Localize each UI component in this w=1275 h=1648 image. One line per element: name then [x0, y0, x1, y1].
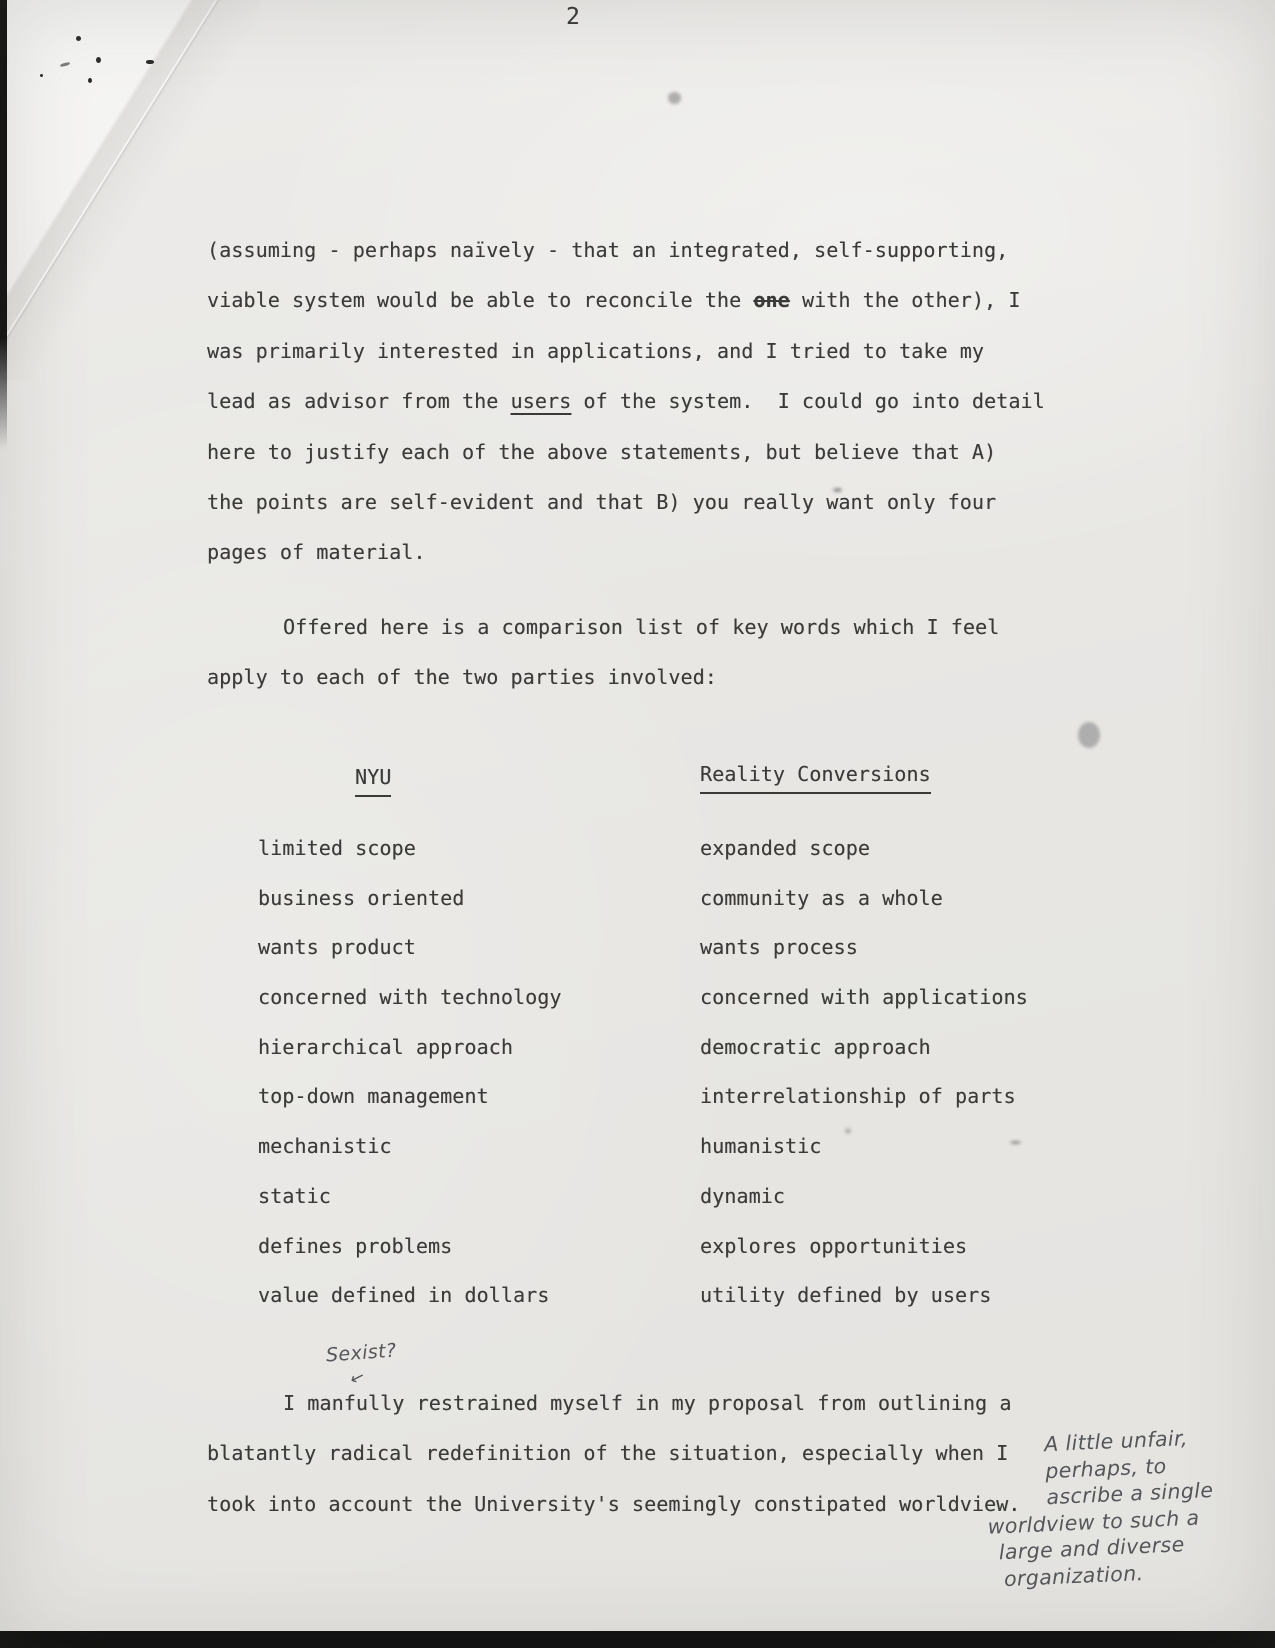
typed-text: of the system. I could go into detail	[571, 389, 1045, 413]
table-row: mechanistichumanistic	[0, 1131, 1275, 1181]
nyu-cell: concerned with technology	[258, 982, 562, 1012]
scan-edge-bottom	[0, 1631, 1275, 1648]
reality-cell: interrelationship of parts	[700, 1081, 1016, 1111]
reality-cell: humanistic	[700, 1131, 821, 1161]
reality-cell: dynamic	[700, 1181, 785, 1211]
typed-line: I manfully restrained myself in my propo…	[207, 1378, 1020, 1428]
typed-line: was primarily interested in applications…	[207, 326, 1045, 376]
table-row: concerned with technologyconcerned with …	[0, 982, 1275, 1032]
ink-speck	[40, 74, 43, 77]
nyu-cell: static	[258, 1181, 331, 1211]
ink-speck	[76, 36, 81, 41]
nyu-cell: wants product	[258, 932, 416, 962]
typed-line: the points are self-evident and that B) …	[207, 477, 1045, 527]
column-header-label: NYU	[355, 765, 391, 797]
opening-paragraph: (assuming - perhaps naïvely - that an in…	[207, 225, 1045, 578]
table-row: staticdynamic	[0, 1181, 1275, 1231]
table-row: wants productwants process	[0, 932, 1275, 982]
reality-cell: explores opportunities	[700, 1231, 967, 1261]
reality-cell: democratic approach	[700, 1032, 931, 1062]
column-header-label: Reality Conversions	[700, 762, 931, 794]
table-row: business orientedcommunity as a whole	[0, 883, 1275, 933]
ink-speck	[96, 57, 101, 63]
reality-cell: community as a whole	[700, 883, 943, 913]
column-header-nyu: NYU	[355, 765, 391, 797]
nyu-cell: value defined in dollars	[258, 1280, 549, 1310]
scan-edge-left	[0, 0, 7, 450]
reality-cell: wants process	[700, 932, 858, 962]
table-row: value defined in dollarsutility defined …	[0, 1280, 1275, 1330]
comparison-table: limited scopeexpanded scope business ori…	[0, 833, 1275, 1330]
ink-speck	[60, 62, 70, 67]
table-row: hierarchical approachdemocratic approach	[0, 1032, 1275, 1082]
typed-text: viable system would be able to reconcile…	[207, 288, 753, 312]
nyu-cell: defines problems	[258, 1231, 452, 1261]
nyu-cell: hierarchical approach	[258, 1032, 513, 1062]
intro-paragraph: Offered here is a comparison list of key…	[207, 602, 999, 703]
stray-pen-mark	[1010, 1141, 1021, 1144]
smudge-mark	[845, 1128, 851, 1134]
typed-line: Offered here is a comparison list of key…	[207, 602, 999, 652]
nyu-cell: business oriented	[258, 883, 464, 913]
nyu-cell: mechanistic	[258, 1131, 392, 1161]
ink-speck	[146, 60, 154, 64]
smudge-mark	[668, 92, 681, 104]
typed-text: lead as advisor from the	[207, 389, 511, 413]
typed-line: apply to each of the two parties involve…	[207, 652, 999, 702]
overstruck-word: one	[753, 288, 789, 312]
reality-cell: concerned with applications	[700, 982, 1028, 1012]
page-number: 2	[566, 0, 580, 34]
handwritten-sexist-annotation: Sexist?	[325, 1340, 397, 1367]
typed-line: took into account the University's seemi…	[207, 1479, 1020, 1529]
typed-line: blatantly radical redefinition of the si…	[207, 1428, 1020, 1478]
handwritten-margin-note: A little unfair, perhaps, to ascribe a s…	[982, 1422, 1259, 1593]
scanned-page: 2 (assuming - perhaps naïvely - that an …	[0, 0, 1275, 1648]
closing-paragraph: I manfully restrained myself in my propo…	[207, 1378, 1020, 1529]
typed-text: with the other), I	[790, 288, 1021, 312]
ink-speck	[88, 78, 92, 83]
reality-cell: expanded scope	[700, 833, 870, 863]
stray-typewriter-mark	[833, 488, 842, 492]
reality-cell: utility defined by users	[700, 1280, 991, 1310]
table-row: defines problemsexplores opportunities	[0, 1231, 1275, 1281]
typed-line: pages of material.	[207, 527, 1045, 577]
typed-line: viable system would be able to reconcile…	[207, 275, 1045, 325]
page-crease	[0, 0, 219, 347]
typed-line: lead as advisor from the users of the sy…	[207, 376, 1045, 426]
nyu-cell: top-down management	[258, 1081, 489, 1111]
smudge-mark	[1078, 722, 1100, 748]
table-row: limited scopeexpanded scope	[0, 833, 1275, 883]
nyu-cell: limited scope	[258, 833, 416, 863]
underlined-word: users	[511, 389, 572, 413]
typed-line: here to justify each of the above statem…	[207, 427, 1045, 477]
column-header-reality-conversions: Reality Conversions	[700, 762, 931, 794]
table-row: top-down managementinterrelationship of …	[0, 1081, 1275, 1131]
typed-line: (assuming - perhaps naïvely - that an in…	[207, 225, 1045, 275]
